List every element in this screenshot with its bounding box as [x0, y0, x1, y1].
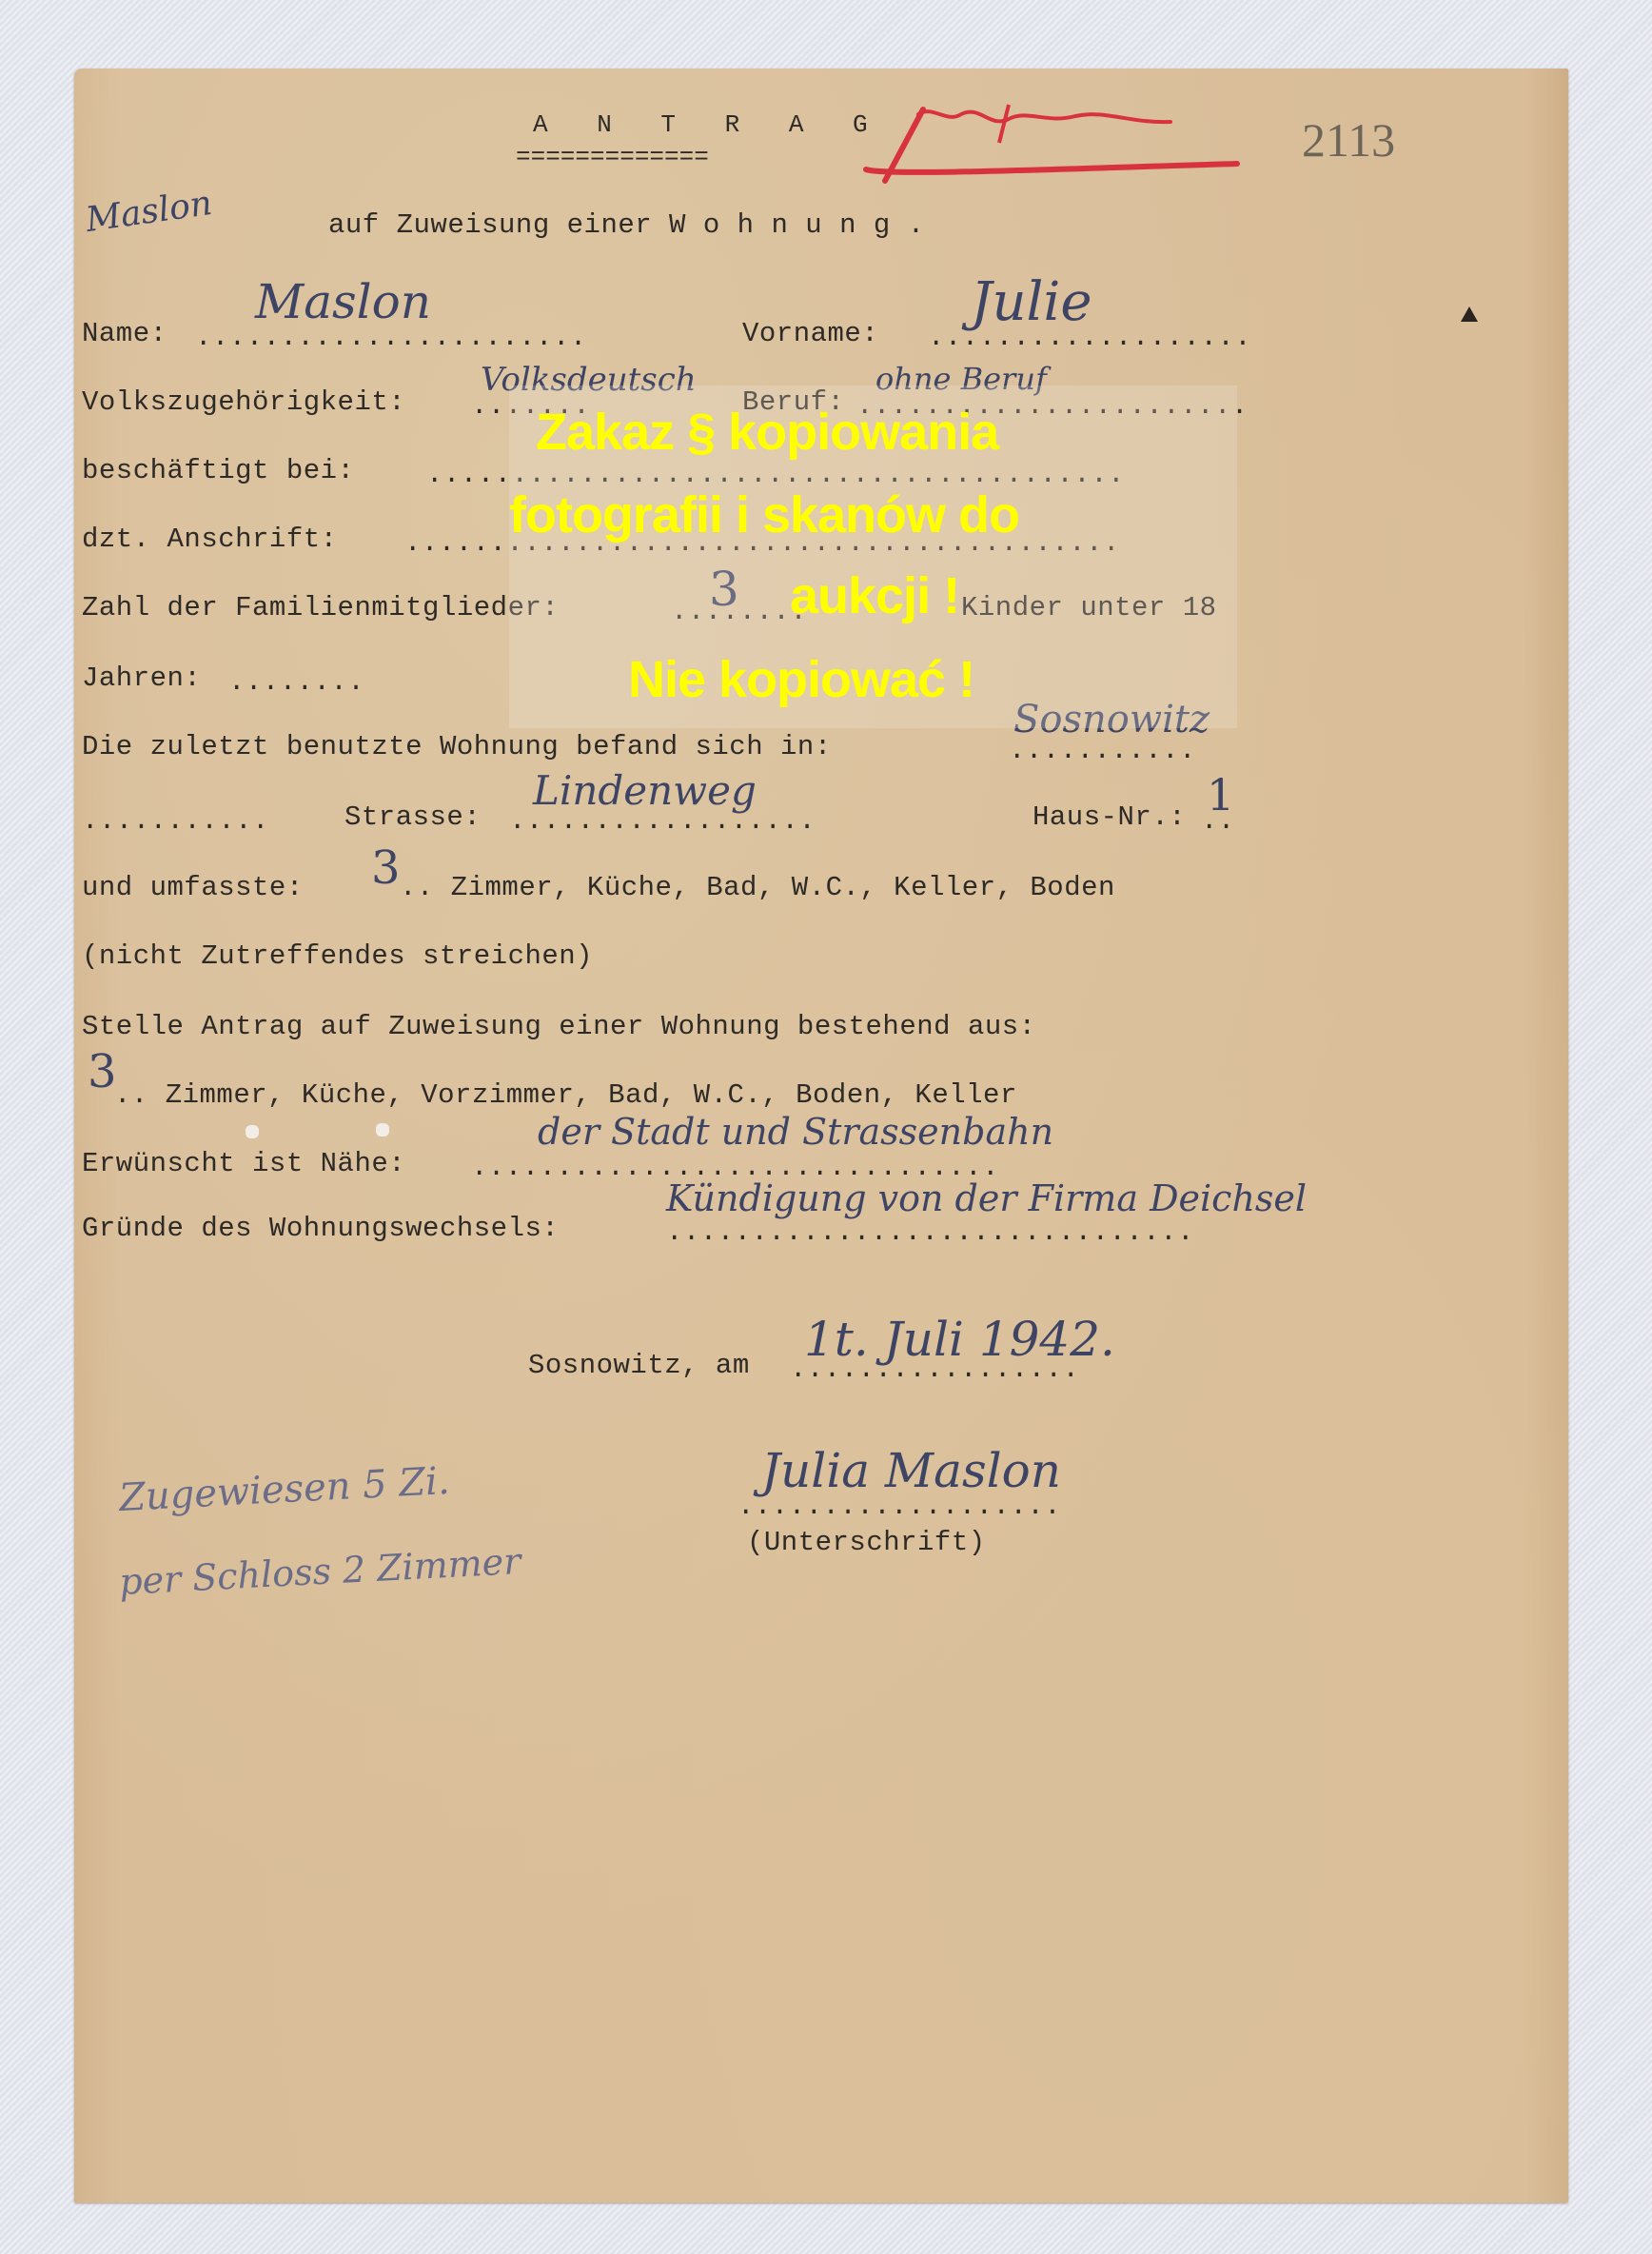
document-subtitle: auf Zuweisung einer W o h n u n g . [328, 211, 925, 239]
file-number: 2113 [1302, 112, 1395, 168]
title-underline: ============= [516, 143, 709, 171]
signature-label: (Unterschrift) [747, 1529, 986, 1556]
paper-hole [376, 1123, 389, 1137]
zuletzt-label: Die zuletzt benutzte Wohnung befand sich… [82, 733, 849, 761]
red-pencil-annotation-icon [856, 86, 1256, 200]
watermark-line-4: Nie kopiować ! [628, 650, 974, 709]
place-date-label: Sosnowitz, am [528, 1352, 767, 1379]
jahren-label: Jahren: [82, 664, 218, 692]
pin-mark-icon [1461, 306, 1478, 322]
watermark-line-2: fotografii i skanów do [509, 485, 1019, 544]
watermark-line-1: Zakaz § kopiowania [536, 403, 998, 462]
date-value[interactable]: 1t. Juli 1942. [804, 1315, 1115, 1363]
name-label: Name: [82, 320, 184, 347]
familie-label: Zahl der Familienmitglieder: [82, 594, 576, 622]
streichen-note: (nicht Zutreffendes streichen) [82, 942, 593, 970]
naehe-value[interactable]: der Stadt und Strassenbahn [538, 1114, 1053, 1150]
hausnr-value[interactable]: 1 [1207, 773, 1234, 817]
gruende-label: Gründe des Wohnungswechsels: [82, 1215, 576, 1242]
volkszugehoerigkeit-label: Volkszugehörigkeit: [82, 388, 423, 416]
vorname-label: Vorname: [742, 320, 895, 347]
hausnr-label: Haus-Nr.: [1032, 803, 1203, 831]
vorname-value[interactable]: Julie [971, 276, 1091, 329]
antrag-value[interactable]: 3 [88, 1049, 117, 1095]
umfasste-rooms: .. Zimmer, Küche, Bad, W.C., Keller, Bod… [400, 874, 1115, 901]
jahren-dots[interactable]: ........ [228, 668, 364, 696]
strasse-label: Strasse: [344, 803, 498, 831]
gruende-value[interactable]: Kündigung von der Firma Deichsel [666, 1180, 1307, 1216]
strasse-value[interactable]: Lindenweg [533, 771, 757, 811]
paper-hole [246, 1125, 259, 1138]
anschrift-label: dzt. Anschrift: [82, 525, 354, 553]
name-value[interactable]: Maslon [255, 278, 431, 326]
signature[interactable]: Julia Maslon [761, 1447, 1061, 1494]
umfasste-label: und umfasste: [82, 874, 321, 901]
naehe-label: Erwünscht ist Nähe: [82, 1150, 423, 1177]
umfasste-value[interactable]: 3 [371, 845, 401, 891]
gruende-dots: ............................... [666, 1218, 1194, 1246]
beschaeftigt-label: beschäftigt bei: [82, 457, 371, 484]
antrag-label: Stelle Antrag auf Zuweisung einer Wohnun… [82, 1013, 1036, 1040]
watermark-line-3: aukcji ! [790, 566, 959, 625]
antrag-rooms: .. Zimmer, Küche, Vorzimmer, Bad, W.C., … [114, 1081, 1017, 1109]
document-title: A N T R A G [533, 112, 885, 137]
strasse-leading-dots: ........... [82, 807, 269, 835]
